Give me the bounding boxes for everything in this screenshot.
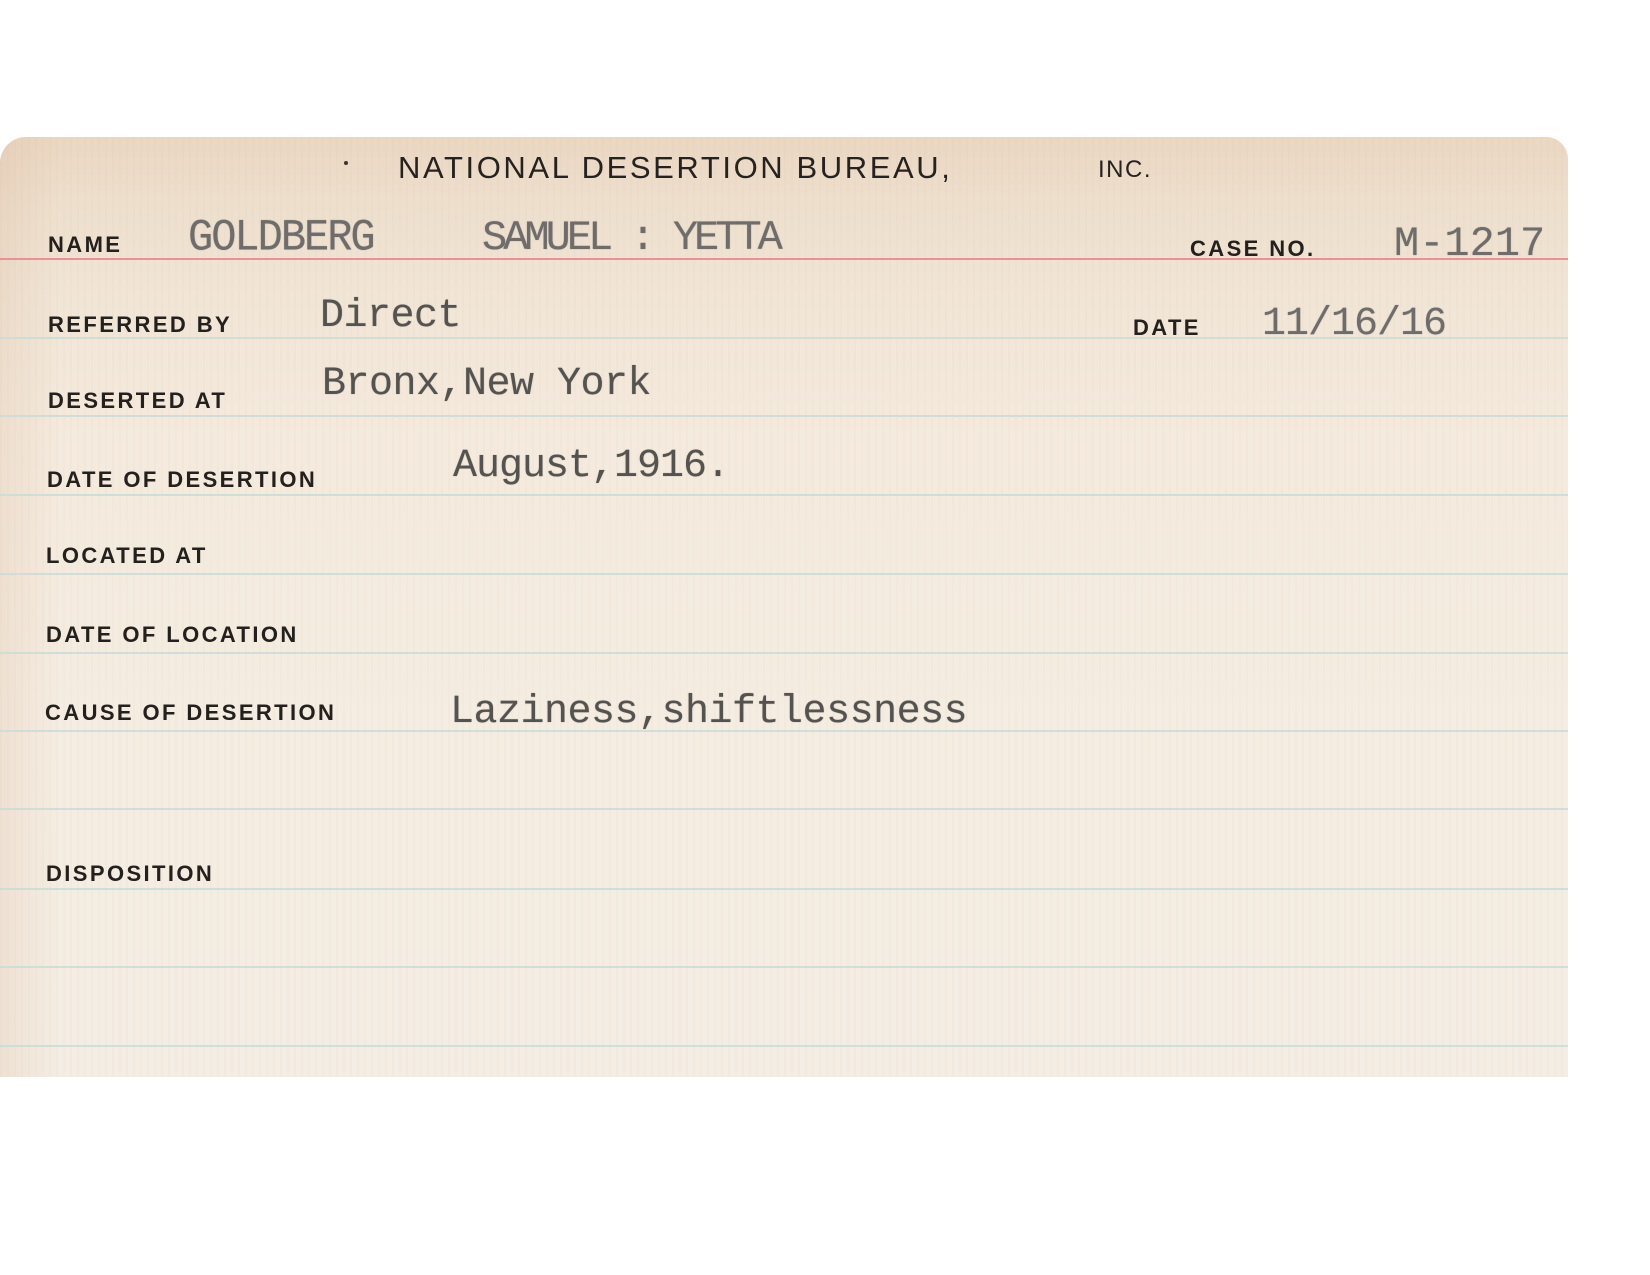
deserted-at-value: Bronx,New York: [322, 362, 651, 407]
blue-rule-line: [0, 573, 1568, 575]
blue-rule-line: [0, 652, 1568, 654]
deserted-at-label: DESERTED AT: [48, 388, 227, 414]
blue-rule-line: [0, 888, 1568, 890]
name-label: NAME: [48, 232, 122, 258]
name-surname-value: GOLDBERG: [188, 213, 374, 263]
blue-rule-line: [0, 494, 1568, 496]
located-at-label: LOCATED AT: [46, 543, 208, 569]
case-no-label: CASE NO.: [1190, 236, 1316, 262]
index-card: [0, 137, 1568, 1077]
date-label: DATE: [1133, 315, 1201, 341]
name-given-value: SAMUEL : YETTA: [482, 214, 779, 262]
blue-rule-line: [0, 808, 1568, 810]
case-no-value: M-1217: [1394, 220, 1545, 268]
header-dot: [344, 161, 348, 165]
referred-by-value: Direct: [320, 294, 461, 339]
cause-of-desertion-label: CAUSE OF DESERTION: [45, 700, 336, 726]
blue-rule-line: [0, 415, 1568, 417]
date-of-desertion-label: DATE OF DESERTION: [47, 467, 317, 493]
date-value: 11/16/16: [1262, 302, 1446, 347]
date-of-location-label: DATE OF LOCATION: [46, 622, 299, 648]
bureau-title: NATIONAL DESERTION BUREAU,: [398, 150, 953, 186]
blue-rule-line: [0, 1045, 1568, 1047]
disposition-label: DISPOSITION: [46, 861, 214, 887]
blue-rule-line: [0, 966, 1568, 968]
date-of-desertion-value: August,1916.: [453, 444, 729, 489]
cause-of-desertion-value: Laziness,shiftlessness: [450, 690, 967, 735]
referred-by-label: REFERRED BY: [48, 312, 232, 338]
bureau-title-suffix: INC.: [1098, 156, 1152, 184]
